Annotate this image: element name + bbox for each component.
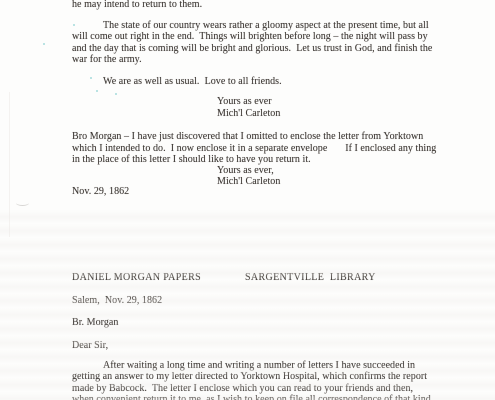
salutation-line: Br. Morgan <box>72 317 118 329</box>
signature-name: Mich'l Carleton <box>217 108 280 120</box>
fragment-line-block: he may intend to return to them. <box>72 0 202 11</box>
scan-speck <box>96 90 98 92</box>
paragraph-state-of-country: The state of our country wears rather a … <box>72 20 432 66</box>
letter-line: war for the army. <box>72 54 432 66</box>
letter-line: he may intend to return to them. <box>72 0 202 11</box>
letter-line: We are as well as usual. Love to all fri… <box>72 76 282 88</box>
scan-speck <box>43 43 45 45</box>
closing-line: Yours as ever <box>217 96 280 108</box>
greeting-line: Dear Sir, <box>72 340 108 352</box>
scanned-letter-page: he may intend to return to them. The sta… <box>0 0 495 400</box>
library-title: SARGENTVILLE LIBRARY <box>245 272 376 284</box>
date-line-block: Nov. 29, 1862 <box>72 186 129 198</box>
dateline-block: Salem, Nov. 29, 1862 <box>72 295 162 307</box>
closing-line: Yours as ever, <box>217 165 280 177</box>
collection-header: DANIEL MORGAN PAPERS SARGENTVILLE LIBRAR… <box>72 272 201 284</box>
letter-line: Bro Morgan – I have just discovered that… <box>72 131 436 143</box>
salutation-block: Br. Morgan <box>72 317 118 329</box>
date-line: Nov. 29, 1862 <box>72 186 129 198</box>
letter-line: and the day that is coming will be brigh… <box>72 43 432 55</box>
paragraph-after-waiting: After waiting a long time and writing a … <box>72 360 431 400</box>
signature-block-2: Yours as ever, Mich'l Carleton <box>217 165 280 188</box>
paper-crease <box>9 92 10 237</box>
signature-name: Mich'l Carleton <box>217 176 280 188</box>
greeting-block: Dear Sir, <box>72 340 108 352</box>
scan-speck <box>115 93 117 95</box>
pencil-mark <box>16 200 29 206</box>
letter-line: made by Babcock. The letter I enclose wh… <box>72 383 431 395</box>
signature-block-1: Yours as ever Mich'l Carleton <box>217 96 280 119</box>
letter-line: which I intended to do. I now enclose it… <box>72 143 436 155</box>
letter-line: will come out right in the end. Things w… <box>72 31 432 43</box>
collection-title: DANIEL MORGAN PAPERS <box>72 272 201 284</box>
letter-line: when convenient return it to me, as I wi… <box>72 394 431 400</box>
letter-line: After waiting a long time and writing a … <box>72 360 431 372</box>
letter-line: The state of our country wears rather a … <box>72 20 432 32</box>
paragraph-postscript: Bro Morgan – I have just discovered that… <box>72 131 436 166</box>
letter-line: getting an answer to my letter directed … <box>72 371 431 383</box>
dateline: Salem, Nov. 29, 1862 <box>72 295 162 307</box>
paragraph-love-to-friends: We are as well as usual. Love to all fri… <box>72 76 282 88</box>
